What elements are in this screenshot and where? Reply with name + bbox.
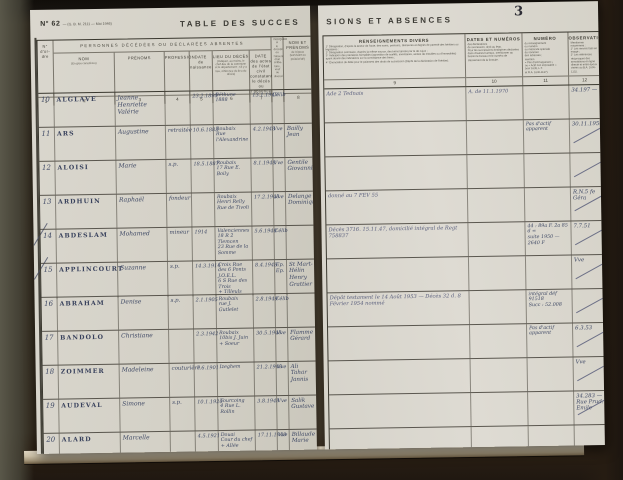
- cell-prenoms: Madeleine: [120, 364, 171, 398]
- col-title: N° d'or- dre: [38, 44, 53, 59]
- cell-profession: s.p.: [168, 261, 194, 296]
- cell-prenoms: Denise: [119, 296, 170, 330]
- cell-profession: mineur: [167, 227, 193, 260]
- cell-numero: [525, 188, 572, 222]
- col-header-observations: OBSERVATIONS Mentionner notamment : 1° L…: [568, 32, 600, 84]
- cell-date_acte: 8.4.1948: [253, 260, 276, 295]
- table-row: Dépôt testament le 14 Août 1953 — Décès …: [327, 289, 604, 327]
- cell-nom: BANDOLO: [58, 331, 120, 365]
- table-header-right: RENSEIGNEMENTS DIVERS 1° Désignation, d'…: [323, 32, 600, 89]
- cell-observations: 6.3.53: [573, 323, 605, 356]
- cell-epoux: Ali Tahar Jannis: [289, 362, 317, 395]
- cell-lieu_deces: Tourcoing 4 Rue L. Rollin: [218, 397, 256, 431]
- cell-date_acte: 8.1.1948: [251, 158, 274, 191]
- cell-profession: [171, 431, 197, 453]
- table-body-right: Ade 2 TednaisA. de 11.1.197034.197 —Pas …: [324, 85, 605, 449]
- cell-dates_numeros: [468, 188, 526, 222]
- cell-renseignements: [329, 393, 472, 428]
- cell-lieu_deces: Croix Rue des 6 Ponts J.O.E.L. 6 S Rue d…: [216, 261, 254, 296]
- cell-numero: [526, 256, 573, 290]
- col-header-numero: NUMÉRO du renseignement ou numéro ou mat…: [522, 33, 569, 86]
- cell-prenoms: Raphaël: [117, 194, 168, 228]
- cell-profession: s.p.: [169, 295, 195, 328]
- cell-epoux: Flamme Gérard: [288, 328, 317, 361]
- cell-lieu_deces: Roubaix Henri Relly Rue de Tivoli: [215, 193, 253, 227]
- cell-observations: Vve: [574, 357, 605, 390]
- cell-numero: [528, 358, 575, 392]
- cell-numero: Pas d'actif apparent: [524, 120, 571, 154]
- cell-date_acte: 13.1.1948: [250, 90, 273, 123]
- cell-date_acte: 17.2.1948: [252, 192, 275, 225]
- cell-nom: ALOISI: [55, 161, 117, 195]
- cell-dates_numeros: [467, 120, 525, 154]
- cell-lieu_deces: Roubaix Rue l'Alexandrine: [214, 125, 252, 159]
- table-body-left: 10ALGLAVEJeanne Henriette Valérie23.2.18…: [38, 90, 317, 454]
- cell-lieu_deces: Roubaix 10bis J. Juin + Soeur: [217, 329, 255, 363]
- cell-etat: Célib: [275, 294, 288, 327]
- cell-etat: Vve: [276, 328, 289, 361]
- cell-renseignements: [327, 257, 470, 292]
- table-row: 17BANDOLOChristiane2.3.1942Roubaix 10bis…: [42, 328, 317, 366]
- cell-naissance: 1914: [192, 227, 216, 260]
- cell-prenoms: Marie: [116, 160, 167, 194]
- cell-renseignements: [325, 121, 468, 156]
- cell-numero: [528, 392, 575, 426]
- col-header-renseignements: RENSEIGNEMENTS DIVERS 1° Désignation, d'…: [323, 34, 466, 88]
- table-header-left: N° d'or- dre 1 PERSONNES DÉCÉDÉES OU DÉC…: [37, 37, 312, 94]
- register-page-left: N° 62 — (G. B. M. 2111 — Mai 1946) TABLE…: [30, 6, 317, 454]
- cell-renseignements: Dépôt testament le 14 Août 1953 — Décès …: [327, 291, 470, 326]
- table-row: 12ALOISIMaries.p.18.5.1887Roubaix 17 Rue…: [39, 158, 314, 196]
- cell-epoux: [284, 90, 313, 123]
- cell-observations: Vve: [572, 255, 604, 288]
- cell-lieu_deces: Izeghem: [218, 363, 256, 397]
- cell-renseignements: [325, 155, 468, 190]
- cell-numero: 44 : 89a F. 2a 85 d = suite 1950 — 2640 …: [525, 222, 572, 256]
- cell-dates_numeros: [469, 256, 527, 290]
- cell-profession: s.p.: [166, 159, 192, 192]
- cell-lieu_deces: Roubaix 17 Rue E. Boily: [214, 159, 252, 193]
- table-row: 11ARSAugustineretraitée10.6.1883Roubaix …: [39, 124, 314, 162]
- cell-dates_numeros: [471, 392, 529, 426]
- cell-etat: Vve: [277, 362, 290, 395]
- table-row: Pas d'actif apparent30.11.1950: [325, 119, 602, 157]
- table-row: 14ABDESLAMMohamedmineur1914Valenciennes …: [40, 226, 315, 264]
- form-reference: — (G. B. M. 2111 — Mai 1946): [63, 22, 112, 27]
- cell-nom: AUDEVAL: [59, 399, 121, 433]
- cell-observations: [572, 289, 604, 322]
- page-title-left: TABLE DES SUCCES: [180, 18, 300, 29]
- cell-dates_numeros: A. de 11.1.1970: [466, 86, 524, 120]
- cell-dates_numeros: [468, 222, 526, 256]
- cell-observations: 34.197 —: [569, 85, 601, 118]
- pen-stroke: [575, 224, 605, 245]
- pen-stroke: [577, 360, 605, 381]
- cell-prenoms: Mohamed: [117, 228, 168, 262]
- cell-date_acte: 5.6.1948: [252, 226, 275, 259]
- cell-date_acte: 4.2.1948: [251, 124, 274, 157]
- cell-nom: ARS: [55, 127, 117, 161]
- cell-lieu_deces: Douai Cour du chef + Allée: [219, 431, 257, 454]
- cell-prenoms: Augustine: [116, 126, 167, 160]
- cell-naissance: 2.1.1905: [194, 295, 218, 328]
- register-page-right: SIONS ET ABSENCES 3 RENSEIGNEMENTS DIVER…: [318, 1, 605, 449]
- cell-renseignements: [328, 325, 471, 360]
- cell-lieu_deces: Valenciennes 18 R 2 Tlemcen 23 Rue de la…: [215, 227, 253, 261]
- cell-profession: [165, 91, 191, 124]
- cell-lieu_deces: Béthune 1888: [213, 91, 251, 125]
- cell-naissance: 10.6.1883: [191, 125, 215, 158]
- pen-stroke: [577, 326, 605, 347]
- cell-renseignements: [330, 427, 473, 449]
- table-row: Pas d'actif apparent6.3.53: [328, 323, 605, 361]
- cell-numero: Pas d'actif apparent: [527, 324, 574, 358]
- cell-date_acte: 2.8.1949: [253, 294, 276, 327]
- cell-epoux: Salik Gustave: [289, 396, 317, 429]
- table-row: Décès 3716. 15.11.47, domicilié intégral…: [326, 221, 602, 259]
- cell-profession: couturière: [170, 363, 196, 396]
- cell-no: 12: [39, 162, 56, 195]
- form-number: N° 62 — (G. B. M. 2111 — Mai 1946): [40, 20, 112, 28]
- pen-stroke: [574, 156, 605, 177]
- cell-no: 17: [42, 332, 59, 365]
- cell-naissance: 14.3.1914: [193, 261, 217, 296]
- cell-epoux: St Mart-Hélin Henry Grattier: [287, 260, 316, 295]
- pen-stroke: [578, 394, 605, 415]
- cell-naissance: 23.2.1895: [190, 91, 214, 124]
- cell-date_acte: 30.5.1948: [254, 328, 277, 361]
- cell-lieu_deces: Roubaix rue J. Gutlelet: [217, 295, 255, 329]
- cell-profession: [169, 329, 195, 362]
- table-row: donné au 7 FEV 55R.N.5 fe Géra: [326, 187, 603, 225]
- cell-no: 19: [43, 400, 60, 433]
- table-row: 16ABRAHAMDenises.p.2.1.1905Roubaix rue J…: [42, 294, 317, 332]
- cell-naissance: 4.5.1921: [196, 431, 220, 454]
- table-row: 13ARDHUINRaphaëlfondeurRoubaix Henri Rel…: [40, 192, 315, 230]
- cell-etat: Vve: [274, 192, 287, 225]
- cell-numero: [523, 86, 570, 120]
- cell-etat: Ep. Ep.: [275, 260, 288, 295]
- table-row: 19AUDEVALSimones.p.10.1.1920Tourcoing 4 …: [43, 396, 317, 434]
- cell-renseignements: Ade 2 Tednais: [324, 87, 467, 122]
- pen-stroke: [574, 190, 604, 211]
- table-row: Vve: [327, 255, 603, 293]
- cell-dates_numeros: [471, 358, 529, 392]
- cell-date_acte: 21.2.1948: [255, 362, 278, 395]
- table-row: Vve: [329, 357, 605, 395]
- cell-dates_numeros: [469, 290, 527, 324]
- cell-naissance: 7.6.1901: [195, 363, 219, 396]
- cell-date_acte: 3.8.1948: [255, 396, 278, 429]
- successions-table-right: RENSEIGNEMENTS DIVERS 1° Désignation, d'…: [322, 31, 604, 449]
- cell-numero: [524, 154, 571, 188]
- cell-epoux: Gentile Giovanni: [285, 158, 314, 191]
- cell-dates_numeros: [467, 154, 525, 188]
- cell-numero: intégral déf 91518 Succ : 52.008: [526, 290, 573, 324]
- cell-nom: ALARD: [60, 433, 122, 454]
- pen-stroke: [576, 292, 605, 313]
- cell-observations: 30.11.1950: [570, 119, 602, 152]
- cell-prenoms: Christiane: [119, 330, 170, 364]
- table-row: 15APPLINCOURTSuzannes.p.14.3.1914Croix R…: [41, 260, 316, 298]
- cell-naissance: 18.5.1887: [191, 159, 215, 192]
- cell-profession: retraitée: [166, 125, 192, 158]
- table-row: Ade 2 TednaisA. de 11.1.197034.197 —: [324, 85, 601, 123]
- cell-renseignements: donné au 7 FEV 55: [326, 189, 469, 224]
- cell-no: 13: [40, 196, 57, 229]
- cell-no: 16: [42, 298, 59, 331]
- cell-prenoms: Marcelle: [121, 432, 172, 454]
- cell-etat: Célib: [274, 226, 287, 259]
- cell-nom: APPLINCOURT: [57, 263, 119, 299]
- cell-naissance: [192, 193, 216, 226]
- cell-observations: 7.7.51: [571, 221, 603, 254]
- cell-epoux: Delange Dominique: [286, 192, 315, 225]
- cell-nom: ARDHUIN: [56, 195, 118, 229]
- cell-renseignements: Décès 3716. 15.11.47, domicilié intégral…: [326, 223, 469, 258]
- cell-etat: Vve: [277, 396, 290, 429]
- cell-epoux: Bailly Jean: [285, 124, 314, 157]
- cell-observations: 34.283 — Rue Prud. Emile: [574, 391, 605, 424]
- cell-profession: s.p.: [170, 397, 196, 430]
- cell-prenoms: Suzanne: [118, 262, 169, 297]
- cell-prenoms: Simone: [120, 398, 171, 432]
- cell-etat: Vve: [273, 124, 286, 157]
- cell-etat: Vve: [273, 158, 286, 191]
- register-book-spread: N° 62 — (G. B. M. 2111 — Mai 1946) TABLE…: [30, 1, 605, 454]
- table-row: [325, 153, 602, 191]
- cell-etat: Célib: [272, 90, 285, 123]
- handwritten-page-number: 3: [514, 4, 523, 19]
- cell-observations: R.N.5 fe Géra: [571, 187, 603, 220]
- cell-no: 14: [40, 230, 57, 263]
- cell-no: 11: [39, 128, 56, 161]
- cell-dates_numeros: [472, 426, 530, 449]
- cell-nom: ALGLAVE: [54, 93, 116, 127]
- table-row: 10ALGLAVEJeanne Henriette Valérie23.2.18…: [38, 90, 313, 128]
- cell-naissance: 10.1.1920: [195, 397, 219, 430]
- cell-naissance: 2.3.1942: [194, 329, 218, 362]
- page-title-right: SIONS ET ABSENCES: [326, 15, 452, 26]
- cell-epoux: [287, 294, 316, 327]
- pen-stroke: [573, 122, 605, 143]
- table-row: 18ZOIMMERMadeleinecouturière7.6.1901Izeg…: [43, 362, 317, 400]
- cell-no: 18: [43, 366, 60, 399]
- cell-renseignements: [329, 359, 472, 394]
- cell-profession: fondeur: [167, 193, 193, 226]
- cell-epoux: [286, 226, 315, 259]
- col-header-dates-numeros: DATES ET NUMÉROS des déclarations de suc…: [465, 33, 523, 86]
- cell-nom: ABRAHAM: [58, 297, 120, 331]
- cell-nom: ABDESLAM: [56, 229, 118, 263]
- table-row: 34.283 — Rue Prud. Emile: [329, 391, 605, 429]
- cell-nom: ZOIMMER: [59, 365, 121, 399]
- pen-stroke: [576, 258, 605, 279]
- cell-no: 15: [41, 264, 58, 299]
- successions-table-left: N° d'or- dre 1 PERSONNES DÉCÉDÉES OU DÉC…: [36, 36, 316, 454]
- form-number-label: N° 62: [40, 21, 60, 28]
- cell-observations: [570, 153, 602, 186]
- cell-no: 20: [44, 434, 61, 454]
- cell-dates_numeros: [470, 324, 528, 358]
- cell-no: 10: [38, 94, 55, 127]
- cell-prenoms: Jeanne Henriette Valérie: [115, 92, 166, 126]
